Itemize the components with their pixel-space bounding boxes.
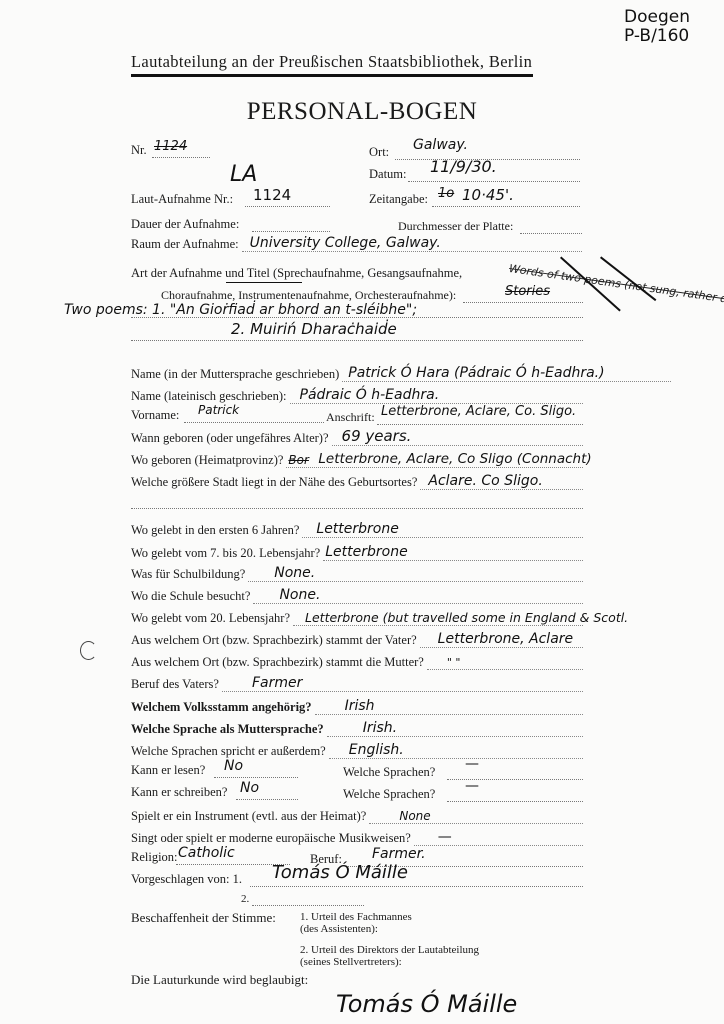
- q1-label: Wo gelebt in den ersten 6 Jahren?: [131, 523, 299, 538]
- schreiben-sprachen-label: Welche Sprachen?: [343, 787, 435, 802]
- nr-field: 1124: [152, 143, 210, 158]
- zeitangabe-label: Zeitangabe:: [369, 192, 428, 207]
- vorgeschlagen-2-label: 2.: [241, 893, 249, 905]
- instrument-row: Spielt er ein Instrument (evtl. aus der …: [131, 806, 583, 824]
- geboren-field: 69 years.: [332, 431, 583, 446]
- dauer-field: [252, 217, 330, 232]
- q5-label: Wo gelebt vom 20. Lebensjahr?: [131, 611, 290, 626]
- q8-value: Farmer: [252, 675, 302, 691]
- q10-row: Welche Sprache als Muttersprache? Irish.: [131, 719, 583, 737]
- stadt-row: Welche größere Stadt liegt in der Nähe d…: [131, 472, 583, 490]
- name-native-value: Patrick Ó Hara (Pádraic Ó h-Eadhra.): [348, 365, 604, 381]
- q4-field: None.: [253, 589, 583, 604]
- q11-value: English.: [349, 742, 404, 758]
- q8-row: Beruf des Vaters? Farmer: [131, 674, 583, 692]
- vorname-field: Patrick: [184, 408, 324, 423]
- q4-row: Wo die Schule besucht? None.: [131, 586, 583, 604]
- wo-geboren-struck: Bor: [288, 453, 309, 467]
- vorname-value: Patrick: [198, 403, 239, 417]
- raum-field: University College, Galway.: [242, 237, 582, 252]
- q8-label: Beruf des Vaters?: [131, 677, 219, 692]
- musik-field: —: [414, 831, 583, 846]
- q11-field: English.: [329, 744, 583, 759]
- q5-row: Wo gelebt vom 20. Lebensjahr? Letterbron…: [131, 608, 583, 626]
- instrument-value: None: [399, 809, 430, 823]
- raum-label: Raum der Aufnahme:: [131, 237, 239, 252]
- name-latin-row: Name (lateinisch geschrieben): Pádraic Ó…: [131, 386, 583, 404]
- q7-label: Aus welchem Ort (bzw. Sprachbezirk) stam…: [131, 655, 424, 670]
- archive-note: Doegen P-B/160: [624, 8, 690, 46]
- anschrift-label: Anschrift:: [326, 410, 375, 425]
- blank-line: [131, 494, 583, 509]
- q7-field: " ": [427, 655, 583, 670]
- q6-value: Letterbrone, Aclare: [438, 631, 573, 647]
- ort-value: Galway.: [413, 137, 468, 153]
- durchmesser-label: Durchmesser der Platte:: [398, 219, 513, 234]
- schreiben-field: No: [236, 785, 298, 800]
- zeitangabe-value: 10·45'.: [462, 186, 514, 204]
- laut-aufnahme-value: 1124: [253, 186, 291, 204]
- art-label-1: Art der Aufnahme und Titel (Sprechaufnah…: [131, 266, 462, 281]
- geboren-row: Wann geboren (oder ungefähres Alter)? 69…: [131, 428, 583, 446]
- judgement-1: 1. Urteil des Fachmannes (des Assistente…: [300, 911, 412, 935]
- vorgeschlagen-value: Tomás Ó Máille: [272, 862, 408, 883]
- zeitangabe-field: 1o 10·45'.: [432, 192, 580, 207]
- q5-field: Letterbrone (but travelled some in Engla…: [293, 611, 583, 626]
- q4-label: Wo die Schule besucht?: [131, 589, 250, 604]
- q9-row: Welchem Volksstamm angehörig? Irish: [131, 697, 583, 715]
- musik-row: Singt oder spielt er moderne europäische…: [131, 828, 583, 846]
- schreiben-sprachen-value: —: [465, 778, 479, 794]
- datum-label: Datum:: [369, 167, 407, 182]
- la-mark: LA: [230, 162, 257, 187]
- lesen-field: No: [214, 763, 298, 778]
- q5-value: Letterbrone (but travelled some in Engla…: [305, 610, 628, 625]
- instrument-field: None: [369, 809, 583, 824]
- lesen-label: Kann er lesen?: [131, 763, 205, 778]
- judgement-1-line-1: 1. Urteil des Fachmannes: [300, 911, 412, 923]
- dauer-label: Dauer der Aufnahme:: [131, 217, 239, 232]
- wo-geboren-label: Wo geboren (Heimatprovinz)?: [131, 453, 283, 468]
- judgement-2-line-2: (seines Stellvertreters):: [300, 956, 479, 968]
- q9-value: Irish: [345, 698, 375, 714]
- wo-geboren-row: Wo geboren (Heimatprovinz)? Bor Letterbr…: [131, 450, 583, 468]
- judgement-1-line-2: (des Assistenten):: [300, 923, 412, 935]
- q11-row: Welche Sprachen spricht er außerdem? Eng…: [131, 741, 583, 759]
- lesen-value: No: [224, 758, 243, 774]
- judgement-2-line-1: 2. Urteil des Direktors der Lautabteilun…: [300, 944, 479, 956]
- punch-hole-mark: [80, 641, 97, 660]
- q3-value: None.: [274, 565, 315, 581]
- q3-label: Was für Schulbildung?: [131, 567, 245, 582]
- poems-field-1: [131, 303, 583, 318]
- religion-value: Catholic: [178, 845, 235, 861]
- q6-row: Aus welchem Ort (bzw. Sprachbezirk) stam…: [131, 630, 583, 648]
- page-title: PERSONAL-BOGEN: [0, 98, 724, 126]
- name-native-label: Name (in der Muttersprache geschrieben): [131, 367, 339, 382]
- archive-note-line-1: Doegen: [624, 8, 690, 27]
- stadt-label: Welche größere Stadt liegt in der Nähe d…: [131, 475, 417, 490]
- wo-geboren-field: Bor Letterbrone, Aclare, Co Sligo (Conna…: [286, 453, 583, 468]
- anschrift-value: Letterbrone, Aclare, Co. Sligo.: [381, 404, 576, 419]
- q10-field: Irish.: [327, 722, 583, 737]
- ort-label: Ort:: [369, 145, 389, 160]
- q3-row: Was für Schulbildung? None.: [131, 564, 583, 582]
- q2-value: Letterbrone: [325, 544, 407, 560]
- sprechaufnahme-underline: [226, 282, 302, 283]
- q9-label: Welchem Volksstamm angehörig?: [131, 700, 312, 715]
- name-native-row: Name (in der Muttersprache geschrieben) …: [131, 364, 711, 382]
- art-field: Stories: [463, 288, 583, 303]
- schreiben-sprachen-field: —: [447, 787, 583, 802]
- q3-field: None.: [248, 567, 583, 582]
- musik-label: Singt oder spielt er moderne europäische…: [131, 831, 411, 846]
- q2-label: Wo gelebt vom 7. bis 20. Lebensjahr?: [131, 546, 320, 561]
- heading-rule: [131, 74, 533, 77]
- vorname-label: Vorname:: [131, 408, 179, 423]
- judgement-2: 2. Urteil des Direktors der Lautabteilun…: [300, 944, 479, 968]
- q1-row: Wo gelebt in den ersten 6 Jahren? Letter…: [131, 520, 583, 538]
- geboren-value: 69 years.: [342, 427, 412, 445]
- voice-label: Beschaffenheit der Stimme:: [131, 910, 276, 926]
- instrument-label: Spielt er ein Instrument (evtl. aus der …: [131, 809, 366, 824]
- institution-heading: Lautabteilung an der Preußischen Staatsb…: [131, 52, 533, 72]
- certification-label: Die Lauturkunde wird beglaubigt:: [131, 972, 308, 988]
- vorgeschlagen-field-2: [252, 893, 364, 906]
- vorgeschlagen-label: Vorgeschlagen von: 1.: [131, 872, 242, 887]
- q10-label: Welche Sprache als Muttersprache?: [131, 722, 324, 737]
- schreiben-label: Kann er schreiben?: [131, 785, 227, 800]
- stadt-value: Aclare. Co Sligo.: [428, 473, 542, 489]
- musik-value: —: [438, 829, 452, 845]
- laut-aufnahme-field: 1124: [245, 192, 330, 207]
- q2-field: Letterbrone: [323, 546, 583, 561]
- durchmesser-field: [520, 219, 582, 234]
- nr-value: 1124: [154, 139, 187, 154]
- archive-note-line-2: P-B/160: [624, 27, 690, 46]
- q6-label: Aus welchem Ort (bzw. Sprachbezirk) stam…: [131, 633, 417, 648]
- lesen-sprachen-label: Welche Sprachen?: [343, 765, 435, 780]
- geboren-label: Wann geboren (oder ungefähres Alter)?: [131, 431, 329, 446]
- datum-value: 11/9/30.: [430, 157, 497, 176]
- religion-label: Religion:: [131, 850, 178, 865]
- zeitangabe-struck: 1o: [438, 186, 454, 201]
- poems-line-2: 2. Muiriń Dharaċhaiḋe: [231, 320, 397, 338]
- name-native-field: Patrick Ó Hara (Pádraic Ó h-Eadhra.): [342, 367, 671, 382]
- vorgeschlagen-field-1: Tomás Ó Máille: [250, 872, 583, 887]
- q7-row: Aus welchem Ort (bzw. Sprachbezirk) stam…: [131, 652, 583, 670]
- wo-geboren-value: Letterbrone, Aclare, Co Sligo (Connacht): [318, 451, 591, 467]
- signature: Tomás Ó Máille: [336, 990, 517, 1018]
- name-latin-value: Pádraic Ó h-Eadhra.: [300, 387, 440, 403]
- raum-value: University College, Galway.: [250, 235, 441, 251]
- beruf-value: Farmer.: [372, 846, 426, 862]
- poems-field-2: 2. Muiriń Dharaċhaiḋe: [131, 326, 583, 341]
- raum-row: Raum der Aufnahme: University College, G…: [131, 234, 582, 252]
- lesen-sprachen-value: —: [465, 756, 479, 772]
- q8-field: Farmer: [222, 677, 583, 692]
- q2-row: Wo gelebt vom 7. bis 20. Lebensjahr? Let…: [131, 543, 583, 561]
- q9-field: Irish: [315, 700, 583, 715]
- q1-field: Letterbrone: [302, 523, 583, 538]
- datum-field: 11/9/30.: [408, 167, 580, 182]
- nr-label: Nr.: [131, 143, 147, 158]
- art-label-2: Choraufnahme, Instrumentenaufnahme, Orch…: [161, 288, 456, 303]
- laut-aufnahme-label: Laut-Aufnahme Nr.:: [131, 192, 233, 207]
- q10-value: Irish.: [363, 720, 397, 736]
- name-latin-field: Pádraic Ó h-Eadhra.: [290, 389, 584, 404]
- q6-field: Letterbrone, Aclare: [420, 633, 583, 648]
- schreiben-value: No: [240, 780, 259, 796]
- q4-value: None.: [279, 587, 320, 603]
- q11-label: Welche Sprachen spricht er außerdem?: [131, 744, 326, 759]
- art-struck-stories: Stories: [505, 284, 550, 299]
- q1-value: Letterbrone: [316, 521, 398, 537]
- institution-name: Lautabteilung an der Preußischen Staatsb…: [131, 52, 533, 72]
- stadt-field: Aclare. Co Sligo.: [420, 475, 583, 490]
- name-latin-label: Name (lateinisch geschrieben):: [131, 389, 287, 404]
- anschrift-field: Letterbrone, Aclare, Co. Sligo.: [377, 410, 583, 425]
- q7-value: " ": [447, 656, 461, 669]
